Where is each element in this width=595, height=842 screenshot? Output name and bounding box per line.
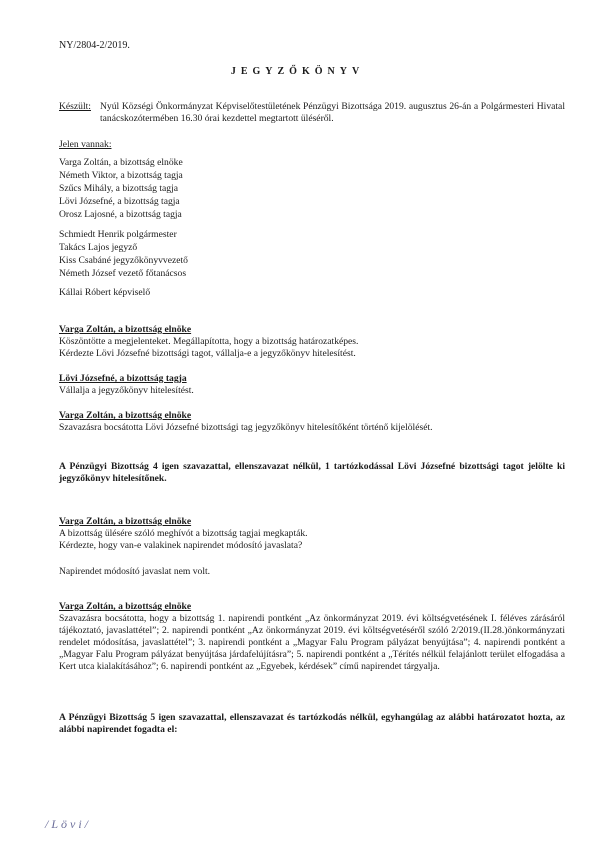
agenda-note: Napirendet módosító javaslat nem volt.	[59, 566, 210, 578]
document-title: JEGYZŐKÖNYV	[0, 66, 595, 78]
speaker-heading: Varga Zoltán, a bizottság elnöke	[59, 601, 565, 613]
section-line: Köszöntötte a megjelenteket. Megállapíto…	[59, 336, 358, 348]
speaker-heading: Varga Zoltán, a bizottság elnöke	[59, 410, 433, 422]
section-2: Lövi Józsefné, a bizottság tagja Vállalj…	[59, 373, 194, 397]
official-item: Takács Lajos jegyző	[59, 242, 188, 255]
member-item: Szűcs Mihály, a bizottság tagja	[59, 183, 183, 196]
officials-list: Schmiedt Henrik polgármester Takács Lajo…	[59, 229, 188, 281]
section-line: Szavazásra bocsátotta Lövi Józsefné bizo…	[59, 422, 433, 434]
other-attendee: Kállai Róbert képviselő	[59, 287, 150, 299]
member-item: Lövi Józsefné, a bizottság tagja	[59, 196, 183, 209]
present-label: Jelen vannak:	[59, 139, 111, 151]
resolution-1: A Pénzügyi Bizottság 4 igen szavazattal,…	[59, 461, 565, 485]
signature: /Lövi/	[45, 818, 91, 830]
reference-number: NY/2804-2/2019.	[59, 40, 130, 52]
section-4: Varga Zoltán, a bizottság elnöke A bizot…	[59, 516, 308, 552]
section-5: Varga Zoltán, a bizottság elnöke Szavazá…	[59, 601, 565, 673]
official-item: Kiss Csabáné jegyzőkönyvvezető	[59, 255, 188, 268]
prepared-label: Készült:	[59, 101, 91, 113]
prepared-text: Nyúl Községi Önkormányzat Képviselőtestü…	[100, 101, 565, 125]
member-item: Orosz Lajosné, a bizottság tagja	[59, 209, 183, 222]
speaker-heading: Lövi Józsefné, a bizottság tagja	[59, 373, 194, 385]
section-line: Vállalja a jegyzőkönyv hitelesítést.	[59, 385, 194, 397]
official-item: Németh József vezető főtanácsos	[59, 268, 188, 281]
member-item: Varga Zoltán, a bizottság elnöke	[59, 157, 183, 170]
official-item: Schmiedt Henrik polgármester	[59, 229, 188, 242]
member-item: Németh Viktor, a bizottság tagja	[59, 170, 183, 183]
section-3: Varga Zoltán, a bizottság elnöke Szavazá…	[59, 410, 433, 434]
section-1: Varga Zoltán, a bizottság elnöke Köszönt…	[59, 324, 358, 360]
speaker-heading: Varga Zoltán, a bizottság elnöke	[59, 324, 358, 336]
resolution-2: A Pénzügyi Bizottság 5 igen szavazattal,…	[59, 712, 565, 736]
speaker-heading: Varga Zoltán, a bizottság elnöke	[59, 516, 308, 528]
members-list: Varga Zoltán, a bizottság elnöke Németh …	[59, 157, 183, 221]
prepared-block: Készült: Nyúl Községi Önkormányzat Képvi…	[59, 101, 565, 125]
section-line: Kérdezte, hogy van-e valakinek napirende…	[59, 540, 308, 552]
section-line: A bizottság ülésére szóló meghívót a biz…	[59, 528, 308, 540]
agenda-text: Szavazásra bocsátotta, hogy a bizottság …	[59, 613, 565, 673]
section-line: Kérdezte Lövi Józsefné bizottsági tagot,…	[59, 348, 358, 360]
